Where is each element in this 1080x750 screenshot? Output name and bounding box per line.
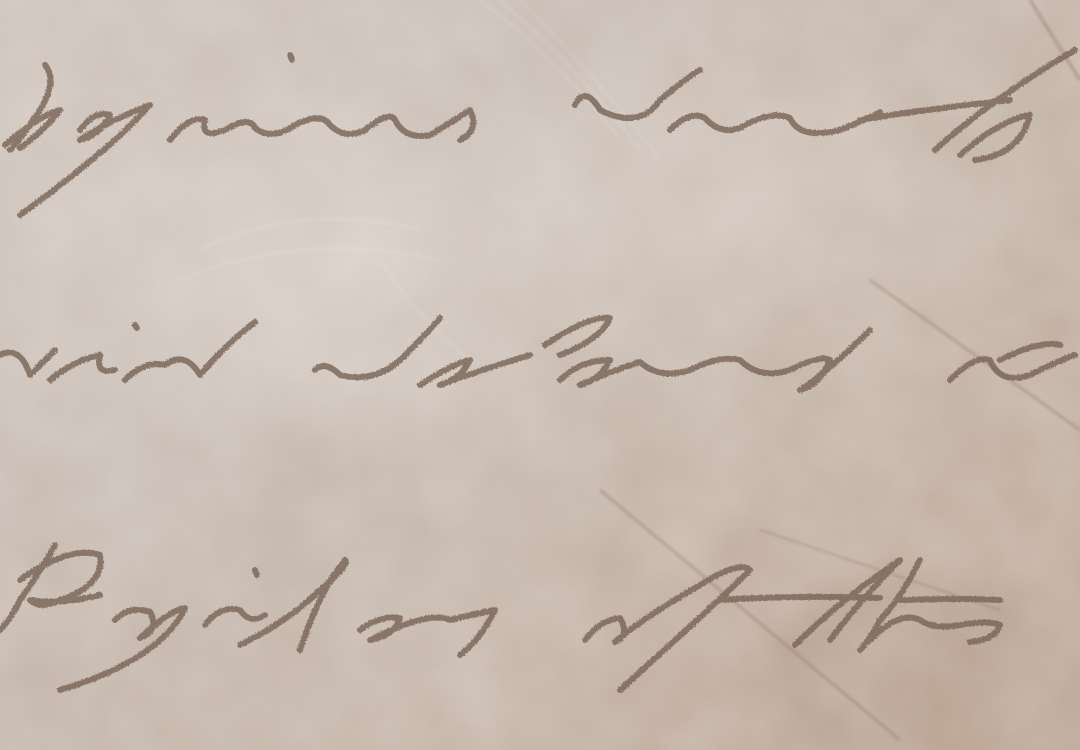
parchment-photo: ...sqivres Surats ...aid Island an... Re…	[0, 0, 1080, 750]
handwriting	[0, 0, 1080, 750]
line-3-strokes	[0, 545, 1000, 690]
line-2-strokes	[0, 318, 1075, 390]
line-1-strokes	[5, 50, 1075, 215]
